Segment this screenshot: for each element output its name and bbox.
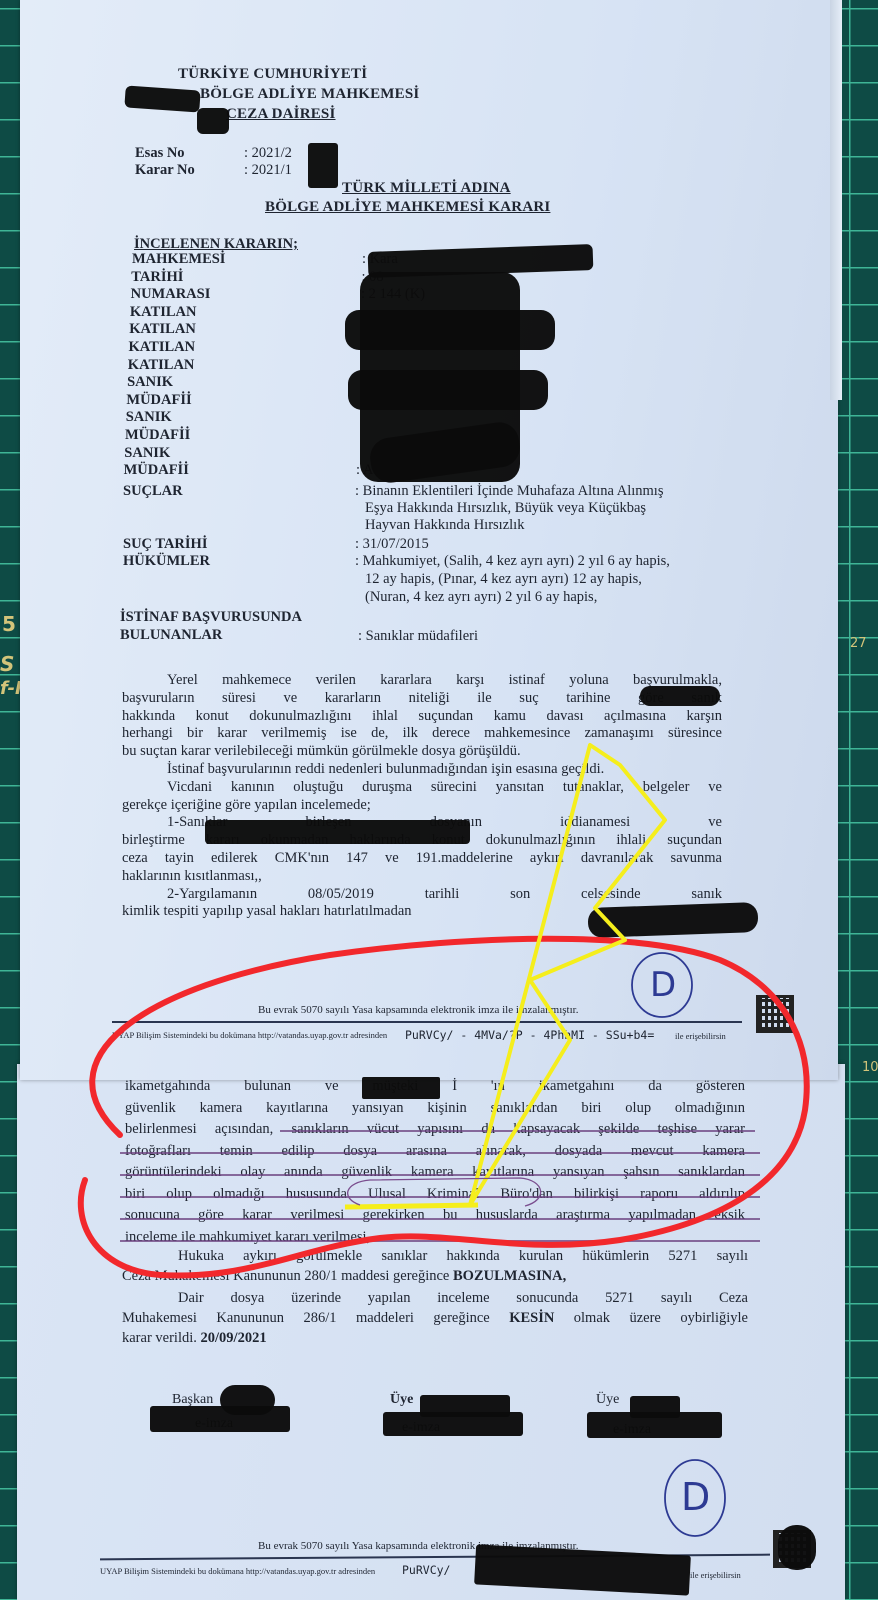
suc-tarihi-value: : 31/07/2015 (355, 536, 429, 553)
ruling-text: olmak üzere oybirliğiyle (554, 1310, 748, 1326)
body-line: başvuruların süresi ve kararların niteli… (122, 690, 722, 707)
uyap-link-text: UYAP Bilişim Sistemindeki bu dokümana ht… (112, 1030, 387, 1040)
pen-underline (120, 1152, 760, 1154)
pen-underline (280, 1130, 755, 1132)
body-line: hakkında konut dokunulmazlığını ihlal su… (122, 708, 722, 725)
body-line: gerekçe içeriğine göre yapılan incelemed… (122, 797, 371, 814)
signature-role-member-2: Üye (596, 1392, 619, 1408)
istinaf-label: İSTİNAF BAŞVURUSUNDA (120, 609, 302, 626)
mat-brand-label: S (0, 652, 14, 676)
ruling-line: Hukuka aykırı görülmekle sanıklar hakkın… (178, 1248, 748, 1265)
pen-underline (120, 1218, 760, 1220)
redaction (778, 1525, 816, 1570)
body-line: İstinaf başvurularının reddi nedenleri b… (167, 761, 604, 778)
pen-underline (120, 1174, 760, 1176)
uyap-access-code-2[interactable]: PuRVCy/ (402, 1563, 450, 1577)
suclar-line: Hayvan Hakkında Hırsızlık (365, 517, 524, 534)
redaction (383, 1412, 523, 1436)
uyap-link-text-2: UYAP Bilişim Sistemindeki bu dokümana ht… (100, 1566, 375, 1576)
field-label: KATILAN (129, 321, 196, 338)
body-line: herhangi bir karar verilmemiş ise de, il… (122, 725, 722, 742)
header-court: BÖLGE ADLİYE MAHKEMESİ (200, 86, 419, 103)
signature-role-member: Üye (390, 1392, 413, 1408)
suc-tarihi-label: SUÇ TARİHİ (123, 536, 207, 553)
body-line: kimlik tespiti yapılıp yasal hakları hat… (122, 903, 412, 920)
field-label: SANIK (126, 409, 172, 426)
body-line: haklarının kısıtlanması,, (122, 868, 262, 885)
mat-number-label-3: 10 (862, 1060, 878, 1075)
suclar-line: Eşya Hakkında Hırsızlık, Büyük veya Küçü… (365, 500, 646, 517)
karar-label: Karar No (135, 162, 195, 179)
field-label: MÜDAFİİ (124, 462, 189, 479)
field-label: KATILAN (130, 304, 197, 321)
ruling-keyword: BOZULMASINA, (453, 1268, 566, 1284)
body-line: 2-Yargılamanın 08/05/2019 tarihli son ce… (167, 886, 722, 903)
body-line: inceleme ile mahkumiyet kararı verilmesi… (125, 1229, 370, 1246)
istinaf-label-2: BULUNANLAR (120, 627, 222, 644)
mat-number-label-2: 27 (850, 636, 867, 651)
redaction (205, 820, 470, 844)
body-line: fotoğrafları temin edilip dosya arasına … (125, 1143, 745, 1160)
redaction (348, 370, 548, 410)
esign-notice: Bu evrak 5070 sayılı Yasa kapsamında ele… (258, 1004, 578, 1016)
footer-rule (112, 1021, 742, 1023)
ruling-keyword: 20/09/2021 (201, 1330, 267, 1346)
redaction (345, 310, 555, 350)
ruling-line: karar verildi. 20/09/2021 (122, 1330, 267, 1347)
esas-label: Esas No (135, 145, 185, 162)
field-label: MÜDAFİİ (126, 392, 191, 409)
ruling-line: Ceza Muhakemesi Kanununun 280/1 maddesi … (122, 1268, 566, 1285)
field-label: SANIK (124, 445, 170, 462)
body-line: Yerel mahkemece verilen kararlara karşı … (167, 672, 722, 689)
karar-value: : 2021/1 (244, 162, 292, 179)
mat-number-label: 5 (2, 612, 16, 636)
ruling-text: Dair dosya üzerinde yapılan inceleme son… (178, 1290, 748, 1306)
field-label: SANIK (127, 374, 173, 391)
field-label: TARİHİ (131, 269, 183, 286)
ruling-line: Dair dosya üzerinde yapılan inceleme son… (178, 1290, 748, 1307)
redaction (308, 143, 338, 188)
page-fold-shadow (830, 0, 842, 400)
uyap-suffix-2: ile erişebilirsin (690, 1570, 741, 1580)
uyap-suffix: ile erişebilirsin (675, 1031, 726, 1041)
ruling-text: karar verildi. (122, 1330, 201, 1346)
suclar-label: SUÇLAR (123, 483, 183, 500)
redaction (150, 1406, 290, 1432)
ruling-text: Muhakemesi Kanununun 286/1 maddeleri ger… (122, 1310, 509, 1326)
header-chamber: CEZA DAİRESİ (226, 106, 336, 123)
ruling-text: Ceza Muhakemesi Kanununun 280/1 maddesi … (122, 1268, 453, 1284)
redaction (588, 902, 759, 938)
pen-underline (120, 1196, 760, 1198)
field-label: MAHKEMESİ (132, 251, 225, 268)
body-line: bu suçtan karar verilebileceği mümkün gö… (122, 743, 521, 760)
body-line: Vicdani kanının oluştuğu duruşma sürecin… (167, 779, 722, 796)
hukumler-line: 12 ay hapis, (Pınar, 4 kez ayrı ayrı) 12… (365, 571, 642, 588)
field-label: NUMARASI (131, 286, 211, 303)
hukumler-label: HÜKÜMLER (123, 553, 210, 570)
body-line: güvenlik kamera kayıtlarına yansıyan kiş… (125, 1100, 745, 1117)
esas-value: : 2021/2 (244, 145, 292, 162)
suclar-line: : Binanın Eklentileri İçinde Muhafaza Al… (355, 483, 663, 500)
hukumler-line: : Mahkumiyet, (Salih, 4 kez ayrı ayrı) 2… (355, 553, 670, 570)
field-label: KATILAN (128, 357, 195, 374)
ruling-text: Hukuka aykırı görülmekle sanıklar hakkın… (178, 1248, 748, 1264)
body-line: ceza tayin edilerek CMK'nın 147 ve 191.m… (122, 850, 722, 867)
redaction (362, 1077, 440, 1099)
ruling-keyword: KESİN (509, 1310, 554, 1326)
ruling-line: Muhakemesi Kanununun 286/1 maddeleri ger… (122, 1310, 748, 1327)
field-label: KATILAN (129, 339, 196, 356)
title-decision: BÖLGE ADLİYE MAHKEMESİ KARARI (265, 199, 550, 216)
title-nation: TÜRK MİLLETİ ADINA (342, 180, 511, 197)
hukumler-line: (Nuran, 4 kez ayrı ayrı) 2 yıl 6 ay hapi… (365, 589, 597, 606)
field-label: MÜDAFİİ (125, 427, 190, 444)
body-line: görüntülerindeki olay anında güvenlik ka… (125, 1164, 745, 1181)
qr-code[interactable] (756, 995, 794, 1033)
redaction (587, 1412, 722, 1438)
uyap-access-code[interactable]: PuRVCy/ - 4MVa/?P - 4PhhMI - SSu+b4= (405, 1028, 654, 1042)
redaction (197, 108, 229, 134)
istinaf-value: : Sanıklar müdafileri (358, 628, 478, 645)
redaction (640, 686, 720, 706)
pen-underline (120, 1240, 760, 1242)
header-republic: TÜRKİYE CUMHURİYETİ (178, 66, 367, 83)
body-line: biri olup olmadığı hususunda Ulusal Krim… (125, 1186, 745, 1203)
body-line: sonucuna göre karar verilmesi gerekirken… (125, 1207, 745, 1224)
